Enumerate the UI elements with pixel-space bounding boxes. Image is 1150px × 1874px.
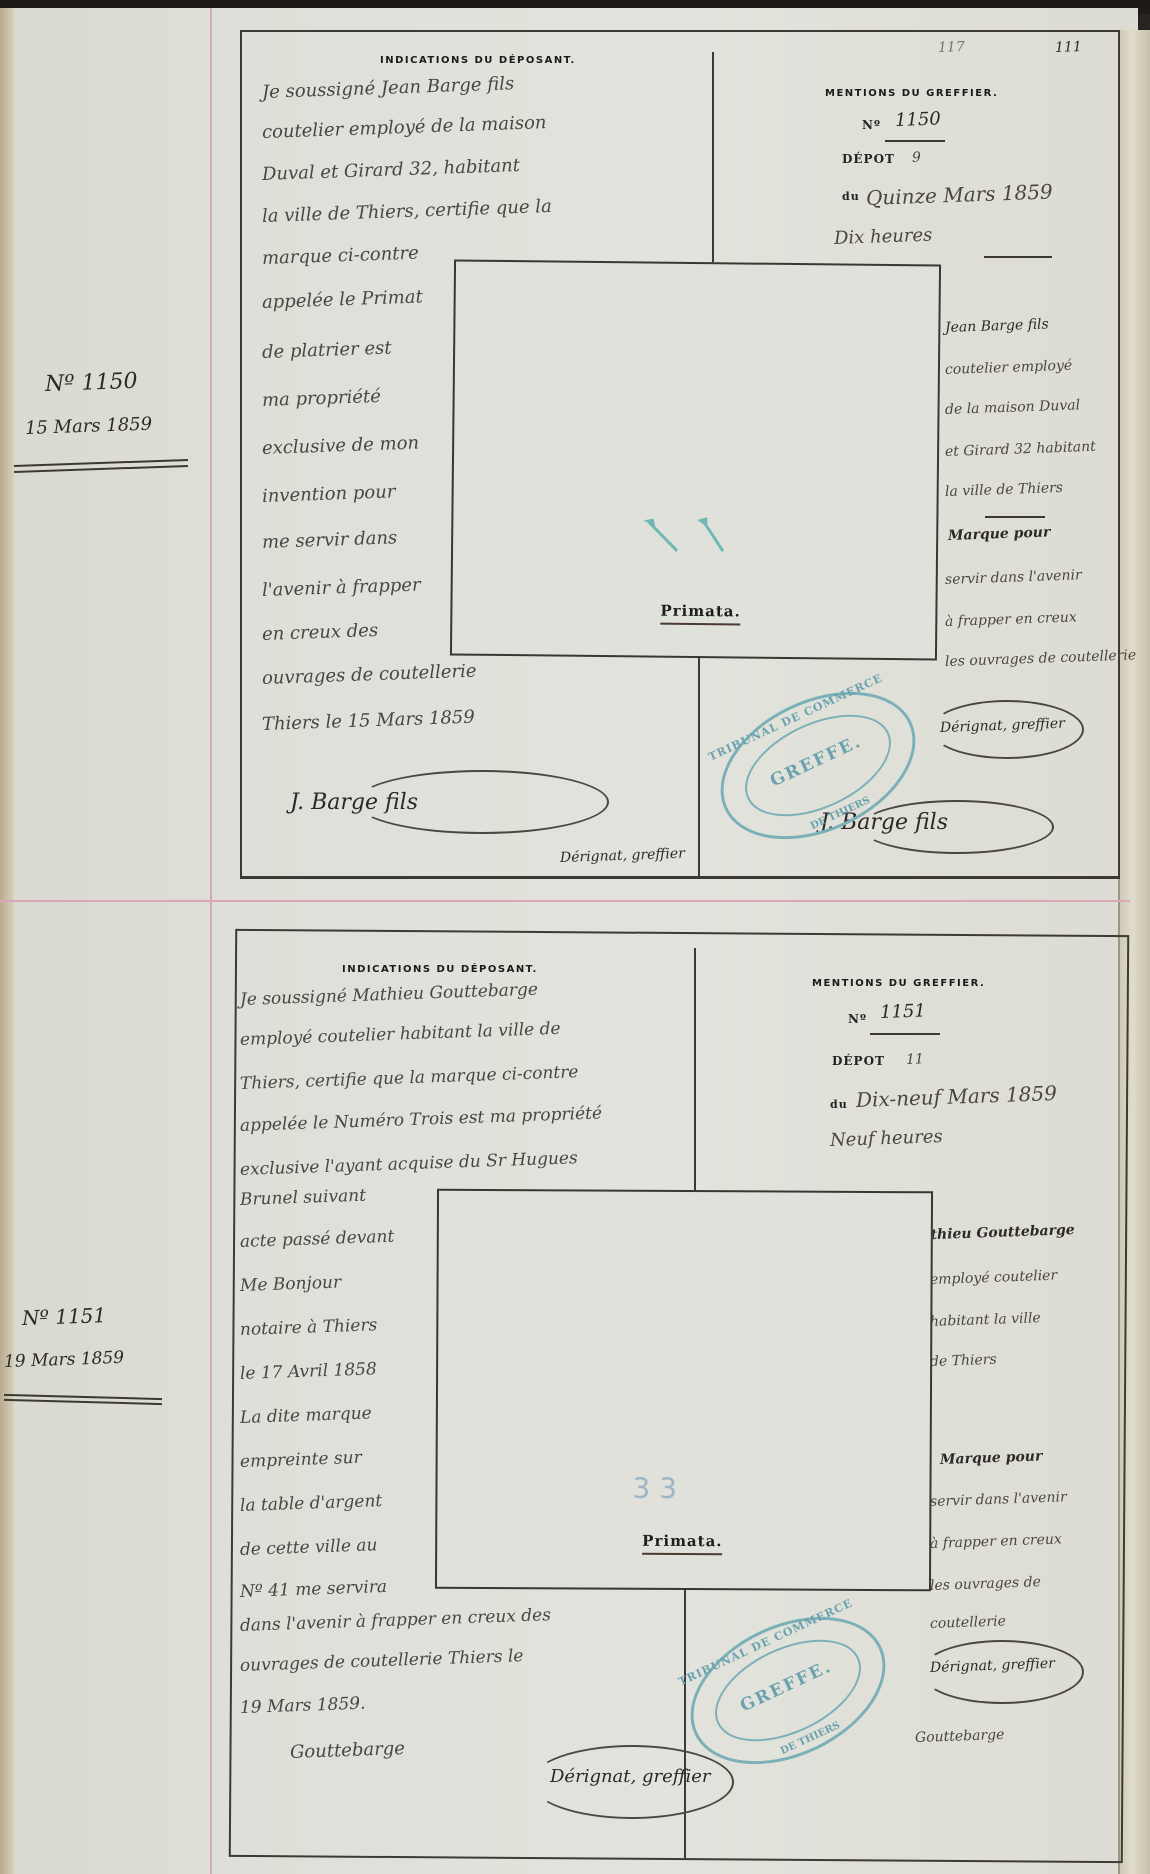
depositant-signature-right: Gouttebarge: [915, 1727, 1005, 1746]
greffier-note: coutellerie: [930, 1613, 1006, 1632]
depot-label: DÉPOT: [832, 1054, 885, 1068]
margin-date: 15 Mars 1859: [25, 414, 153, 439]
signature-flourish: [355, 770, 609, 834]
column-divider: [698, 656, 700, 878]
depositant-line: empreinte sur: [240, 1448, 362, 1472]
mark-box: 3 3 Primata.: [435, 1189, 933, 1592]
signature-flourish: [860, 800, 1054, 854]
greffier-header: Mentions du greffier.: [825, 88, 998, 99]
mark-caption: Primata.: [642, 1532, 722, 1555]
depot-time: Dix heures: [834, 225, 933, 249]
frame-bottom-rule: [240, 876, 1120, 879]
depositant-line: Me Bonjour: [240, 1272, 342, 1296]
signature-flourish: [920, 1640, 1084, 1704]
depositant-header: Indications du déposant.: [380, 55, 576, 66]
column-divider: [684, 1588, 686, 1858]
column-divider: [712, 52, 714, 264]
depot-label: DÉPOT: [842, 152, 895, 166]
mark-box: Primata.: [450, 259, 941, 660]
margin-rule-horizontal: [0, 900, 1130, 902]
mark-caption: Primata.: [660, 602, 741, 626]
depot-time: Neuf heures: [830, 1126, 943, 1151]
number-label: Nº: [862, 118, 881, 132]
depositant-signature: Gouttebarge: [290, 1738, 406, 1763]
depositant-header: Indications du déposant.: [342, 964, 538, 975]
depositant-line: en creux des: [262, 620, 379, 645]
du-label: du: [830, 1098, 848, 1111]
number-underline: [870, 1033, 940, 1035]
greffier-note: de Thiers: [930, 1352, 997, 1370]
depot-value: 9: [912, 150, 921, 166]
number-value: 1150: [895, 108, 942, 131]
number-underline: [885, 140, 945, 142]
number-value: 1151: [880, 1000, 927, 1023]
note-separator: [985, 516, 1045, 518]
du-label: du: [842, 190, 860, 203]
depot-value: 11: [906, 1051, 924, 1068]
margin-number: Nº 1150: [45, 369, 138, 397]
column-divider: [694, 948, 696, 1192]
signature-flourish: [930, 700, 1084, 759]
depositant-line: ma propriété: [262, 386, 382, 411]
signature-flourish: [530, 1745, 734, 1819]
time-underline: [984, 256, 1052, 258]
pin-mark-icon: [641, 516, 731, 557]
margin-date: 19 Mars 1859: [4, 1348, 125, 1372]
number-label: Nº: [848, 1012, 867, 1026]
margin-number: Nº 1151: [22, 1303, 107, 1330]
margin-rule-vertical: [210, 8, 212, 1874]
greffier-header: Mentions du greffier.: [812, 978, 985, 989]
book-binding: [0, 8, 14, 1874]
mark-numerals: 3 3: [632, 1472, 677, 1505]
